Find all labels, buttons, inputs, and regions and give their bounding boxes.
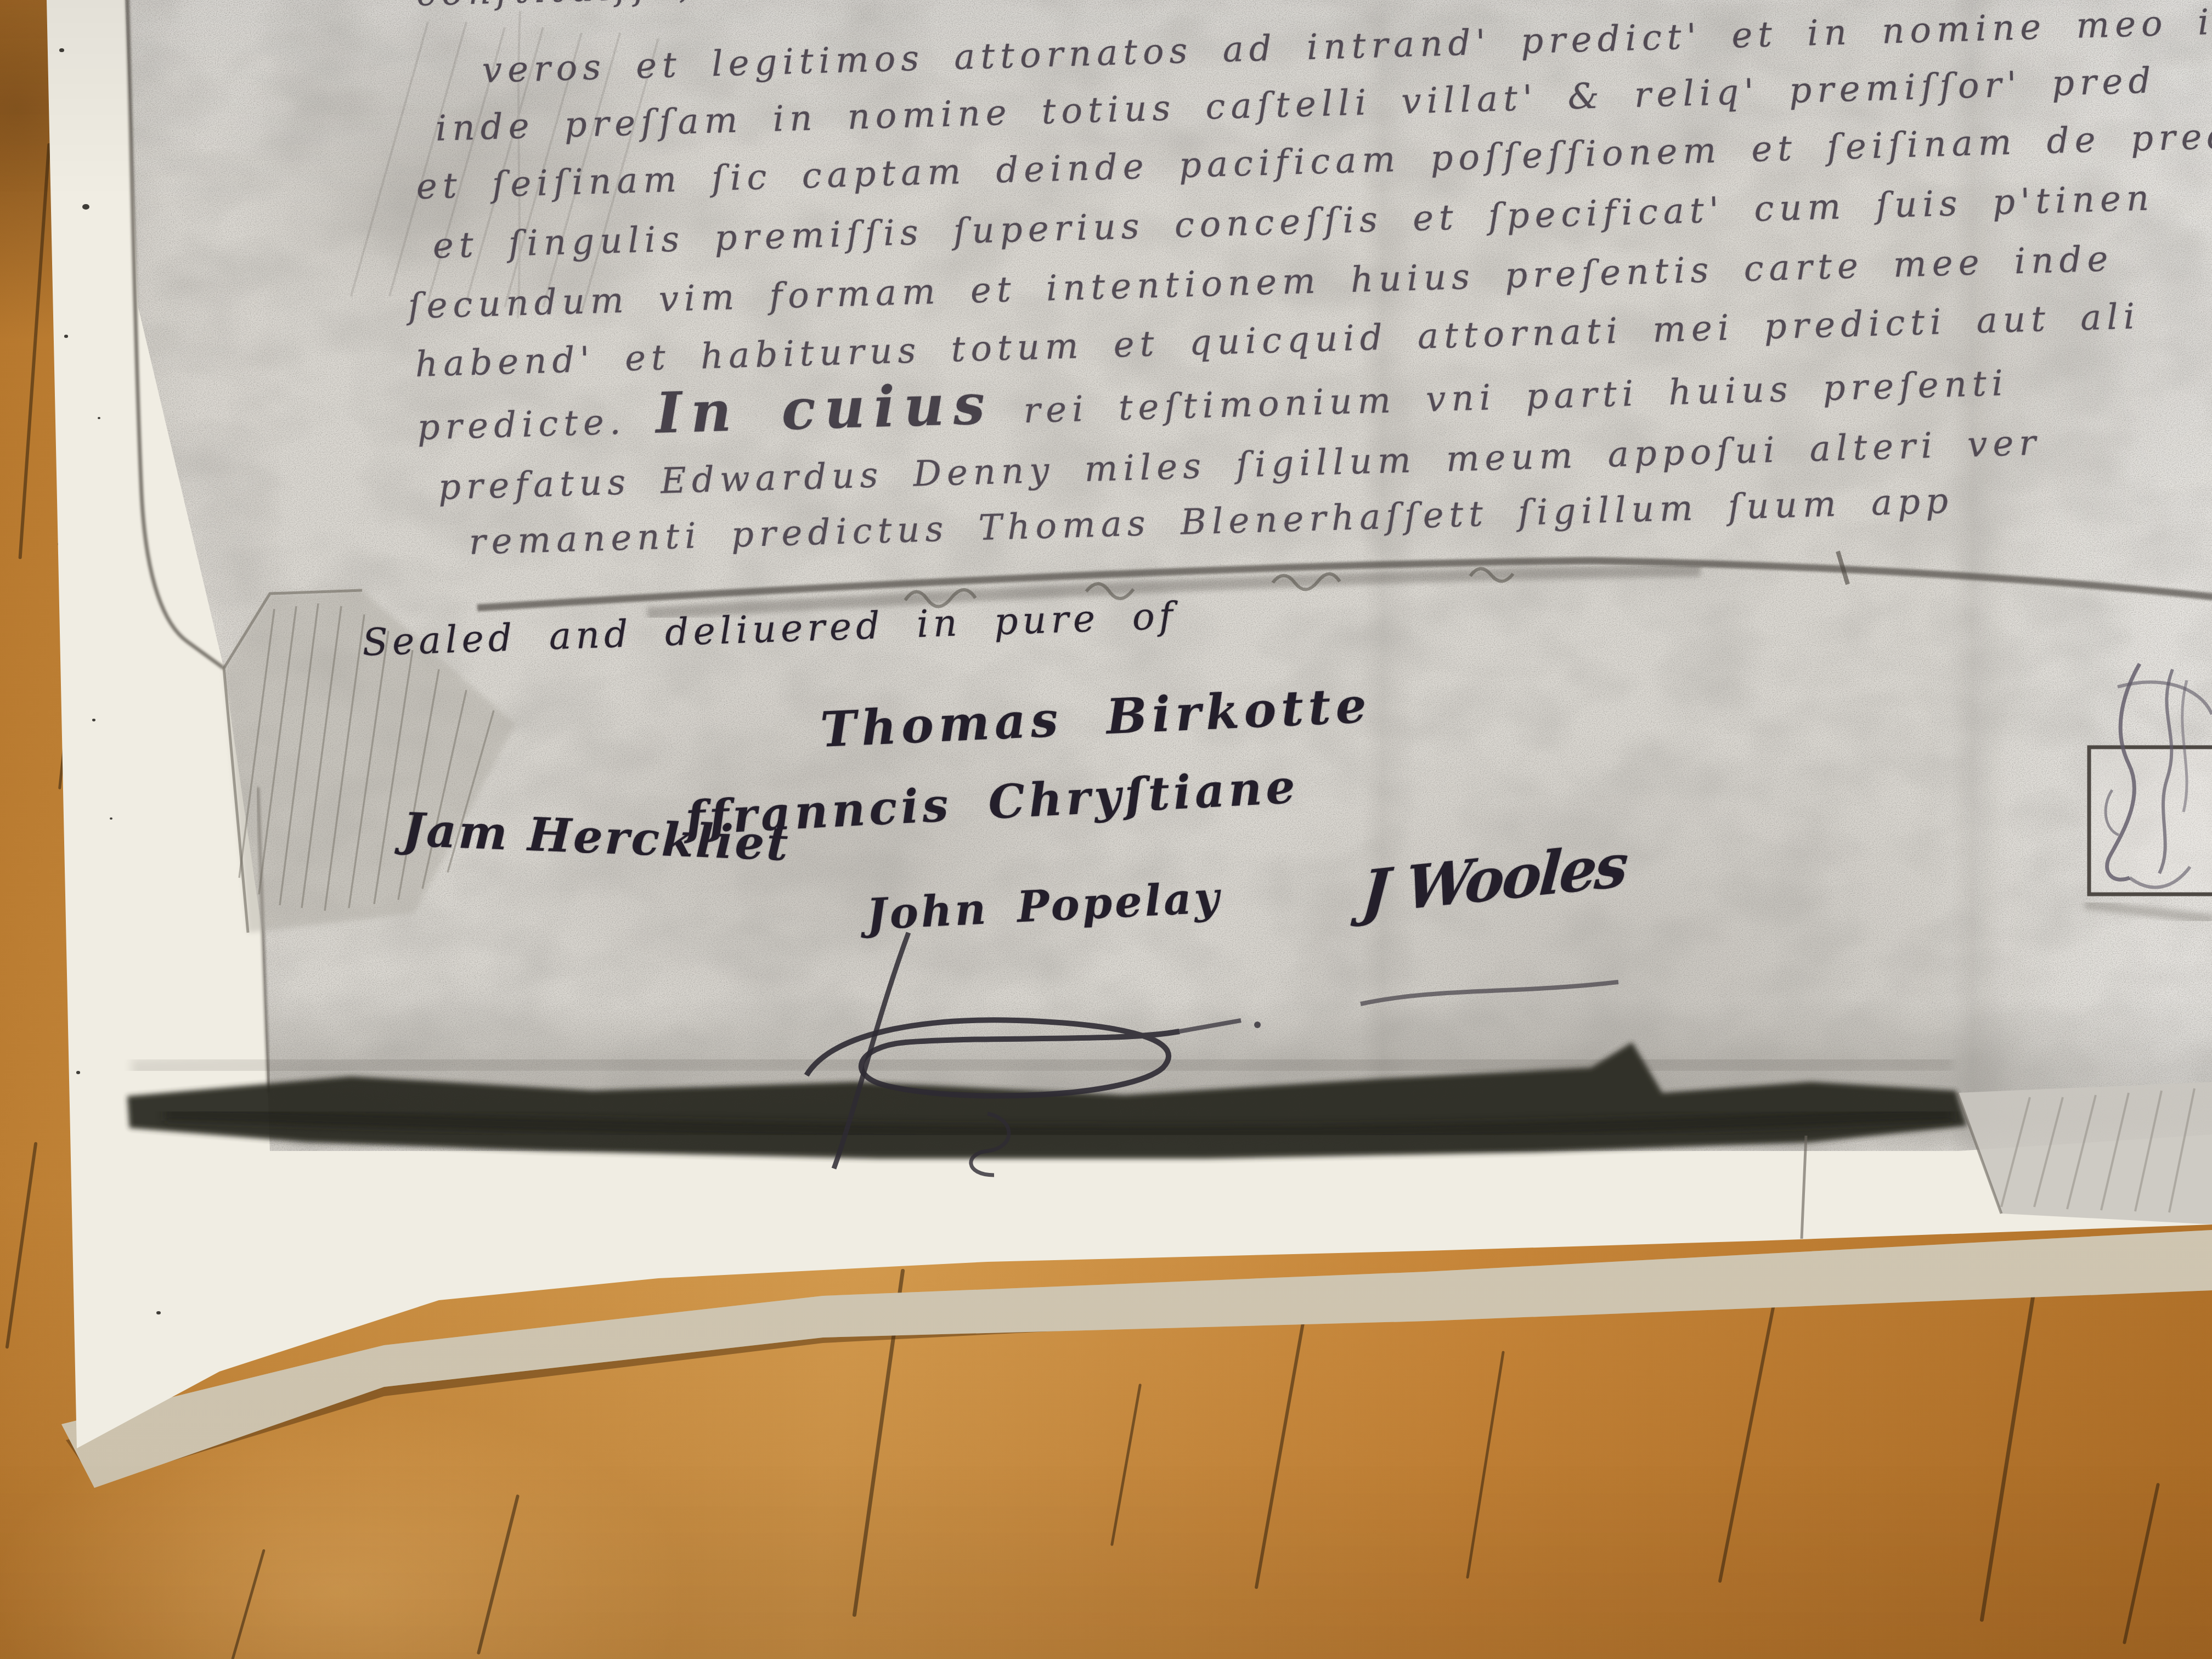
wood-grain-crack [1255,1318,1306,1589]
photographed-deed-scene: conſtituiſſe, et Thoma veros et legitimo… [0,0,2212,1659]
wood-grain-crack [477,1494,520,1655]
wood-grain-crack [5,1142,38,1348]
wood-grain-crack [1110,1384,1142,1546]
toner-speck [98,417,100,419]
engrossed-incipit: In cuius [654,371,994,447]
toner-band [127,1042,1967,1159]
wood-grain-crack [1466,1351,1505,1579]
wood-grain-crack [231,1549,266,1659]
toner-speck [110,817,112,820]
fold-crease-smear [477,551,2212,613]
wood-grain-crack [1979,1264,2040,1622]
toner-speck [64,335,68,338]
wood-grain-crack [1718,1281,1780,1583]
line8-pre: predicte. [417,402,627,448]
toner-speck [92,719,95,721]
wood-grain-crack [2123,1483,2160,1645]
wood-grain-crack [18,143,50,560]
toner-speck [76,1071,80,1074]
seal-box [2085,664,2212,919]
